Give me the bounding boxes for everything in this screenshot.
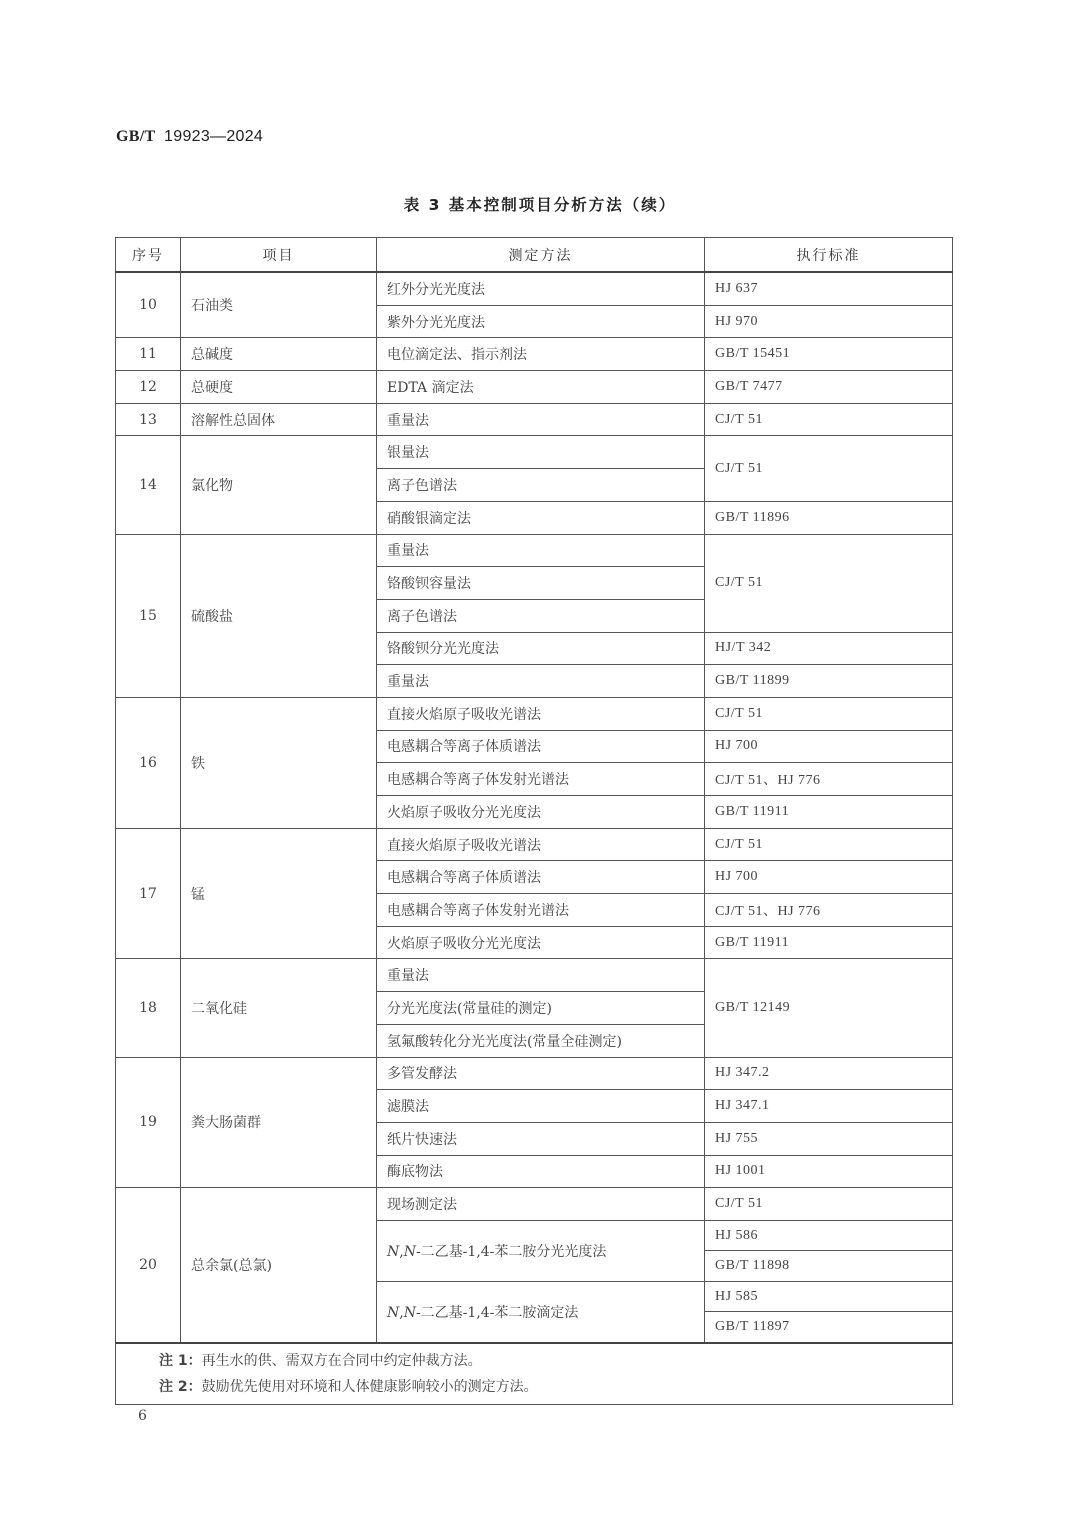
row-no: 19 <box>116 1057 181 1188</box>
row-standard: HJ 585 <box>705 1281 953 1312</box>
table-row: 10 石油类 红外分光光度法 HJ 637 <box>116 272 953 305</box>
row-method: 纸片快速法 <box>377 1122 705 1155</box>
table-row: 18 二氧化硅 重量法 GB/T 12149 <box>116 959 953 992</box>
row-standard: HJ 347.1 <box>705 1090 953 1123</box>
row-method: 离子色谱法 <box>377 599 705 632</box>
italic-n: N <box>387 1305 399 1321</box>
row-standard: GB/T 11899 <box>705 665 953 698</box>
header-no: 序号 <box>116 238 181 273</box>
standard-number: 19923—2024 <box>164 128 263 145</box>
row-standard: HJ 637 <box>705 272 953 305</box>
table-caption: 表 3 基本控制项目分析方法（续） <box>0 193 1080 215</box>
standard-id: GB/T 19923—2024 <box>116 128 263 146</box>
row-method: 红外分光光度法 <box>377 272 705 305</box>
row-item: 溶解性总固体 <box>181 403 377 436</box>
row-standard: GB/T 11897 <box>705 1312 953 1343</box>
table-notes: 注 1：再生水的供、需双方在合同中约定仲裁方法。 注 2：鼓励优先使用对环境和人… <box>116 1343 953 1405</box>
method-text: -二乙基-1,4-苯二胺分光光度法 <box>416 1244 606 1260</box>
analysis-methods-table: 序号 项目 测定方法 执行标准 10 石油类 红外分光光度法 HJ 637 紫外… <box>115 237 953 1405</box>
table-row: 11 总碱度 电位滴定法、指示剂法 GB/T 15451 <box>116 338 953 371</box>
italic-n: N <box>404 1305 416 1321</box>
row-no: 12 <box>116 371 181 404</box>
row-item: 铁 <box>181 697 377 828</box>
row-standard: CJ/T 51 <box>705 534 953 632</box>
row-method: 重量法 <box>377 403 705 436</box>
row-method: 电位滴定法、指示剂法 <box>377 338 705 371</box>
row-method: 电感耦合等离子体质谱法 <box>377 861 705 894</box>
table-header-row: 序号 项目 测定方法 执行标准 <box>116 238 953 273</box>
row-item: 粪大肠菌群 <box>181 1057 377 1188</box>
row-no: 16 <box>116 697 181 828</box>
row-no: 15 <box>116 534 181 697</box>
row-standard: HJ 347.2 <box>705 1057 953 1090</box>
table-row: 13 溶解性总固体 重量法 CJ/T 51 <box>116 403 953 436</box>
note-text: 再生水的供、需双方在合同中约定仲裁方法。 <box>202 1353 482 1369</box>
table-row: 19 粪大肠菌群 多管发酵法 HJ 347.2 <box>116 1057 953 1090</box>
row-standard: GB/T 15451 <box>705 338 953 371</box>
row-method: 离子色谱法 <box>377 469 705 502</box>
row-standard: GB/T 11898 <box>705 1251 953 1282</box>
note-2: 注 2：鼓励优先使用对环境和人体健康影响较小的测定方法。 <box>159 1374 952 1400</box>
row-item: 总碱度 <box>181 338 377 371</box>
row-method: 重量法 <box>377 959 705 992</box>
row-method: 火焰原子吸收分光光度法 <box>377 796 705 829</box>
row-item: 二氧化硅 <box>181 959 377 1057</box>
row-item: 硫酸盐 <box>181 534 377 697</box>
standard-prefix: GB/T <box>116 128 155 145</box>
row-method: 硝酸银滴定法 <box>377 501 705 534</box>
row-method: 滤膜法 <box>377 1090 705 1123</box>
table-row: 17 锰 直接火焰原子吸收光谱法 CJ/T 51 <box>116 828 953 861</box>
note-label: 注 2： <box>159 1379 202 1395</box>
row-item: 氯化物 <box>181 436 377 534</box>
row-method: 铬酸钡分光光度法 <box>377 632 705 665</box>
row-method: 银量法 <box>377 436 705 469</box>
table-row: 14 氯化物 银量法 CJ/T 51 <box>116 436 953 469</box>
row-method: 重量法 <box>377 665 705 698</box>
row-item: 总硬度 <box>181 371 377 404</box>
row-method: 电感耦合等离子体发射光谱法 <box>377 894 705 927</box>
italic-n: N <box>387 1244 399 1260</box>
table-row: 15 硫酸盐 重量法 CJ/T 51 <box>116 534 953 567</box>
row-item: 锰 <box>181 828 377 959</box>
row-method: N,N-二乙基-1,4-苯二胺分光光度法 <box>377 1220 705 1281</box>
row-no: 13 <box>116 403 181 436</box>
header-item: 项目 <box>181 238 377 273</box>
italic-n: N <box>404 1244 416 1260</box>
row-no: 11 <box>116 338 181 371</box>
note-1: 注 1：再生水的供、需双方在合同中约定仲裁方法。 <box>159 1348 952 1374</box>
row-standard: HJ 755 <box>705 1122 953 1155</box>
table-row: 16 铁 直接火焰原子吸收光谱法 CJ/T 51 <box>116 697 953 730</box>
row-standard: HJ 1001 <box>705 1155 953 1188</box>
row-standard: GB/T 11896 <box>705 501 953 534</box>
row-item: 总余氯(总氯) <box>181 1188 377 1343</box>
row-method: 铬酸钡容量法 <box>377 567 705 600</box>
row-standard: GB/T 11911 <box>705 796 953 829</box>
row-standard: HJ 700 <box>705 861 953 894</box>
header-method: 测定方法 <box>377 238 705 273</box>
row-item: 石油类 <box>181 272 377 338</box>
row-standard: HJ 970 <box>705 305 953 338</box>
row-standard: CJ/T 51 <box>705 828 953 861</box>
row-standard: HJ 586 <box>705 1220 953 1251</box>
row-standard: CJ/T 51、HJ 776 <box>705 763 953 796</box>
note-label: 注 1： <box>159 1353 202 1369</box>
row-method: 现场测定法 <box>377 1188 705 1221</box>
row-standard: HJ 700 <box>705 730 953 763</box>
row-method: 电感耦合等离子体质谱法 <box>377 730 705 763</box>
table-row: 20 总余氯(总氯) 现场测定法 CJ/T 51 <box>116 1188 953 1221</box>
row-standard: CJ/T 51 <box>705 1188 953 1221</box>
row-standard: CJ/T 51 <box>705 697 953 730</box>
notes-cell: 注 1：再生水的供、需双方在合同中约定仲裁方法。 注 2：鼓励优先使用对环境和人… <box>116 1343 953 1405</box>
method-text: -二乙基-1,4-苯二胺滴定法 <box>416 1305 578 1321</box>
row-method: 氢氟酸转化分光光度法(常量全硅测定) <box>377 1024 705 1057</box>
row-method: 酶底物法 <box>377 1155 705 1188</box>
header-standard: 执行标准 <box>705 238 953 273</box>
note-text: 鼓励优先使用对环境和人体健康影响较小的测定方法。 <box>202 1379 538 1395</box>
row-no: 14 <box>116 436 181 534</box>
row-method: 直接火焰原子吸收光谱法 <box>377 697 705 730</box>
row-method: 紫外分光光度法 <box>377 305 705 338</box>
row-standard: CJ/T 51、HJ 776 <box>705 894 953 927</box>
row-method: EDTA 滴定法 <box>377 371 705 404</box>
row-standard: GB/T 11911 <box>705 926 953 959</box>
row-no: 17 <box>116 828 181 959</box>
row-standard: HJ/T 342 <box>705 632 953 665</box>
row-standard: GB/T 7477 <box>705 371 953 404</box>
row-method: 火焰原子吸收分光光度法 <box>377 926 705 959</box>
row-method: 重量法 <box>377 534 705 567</box>
row-method: 电感耦合等离子体发射光谱法 <box>377 763 705 796</box>
row-method: 多管发酵法 <box>377 1057 705 1090</box>
page-number: 6 <box>138 1408 147 1424</box>
row-no: 18 <box>116 959 181 1057</box>
row-method: 直接火焰原子吸收光谱法 <box>377 828 705 861</box>
table-row: 12 总硬度 EDTA 滴定法 GB/T 7477 <box>116 371 953 404</box>
row-standard: CJ/T 51 <box>705 436 953 501</box>
row-standard: CJ/T 51 <box>705 403 953 436</box>
row-no: 20 <box>116 1188 181 1343</box>
row-method: N,N-二乙基-1,4-苯二胺滴定法 <box>377 1281 705 1343</box>
row-no: 10 <box>116 272 181 338</box>
row-standard: GB/T 12149 <box>705 959 953 1057</box>
row-method: 分光光度法(常量硅的测定) <box>377 992 705 1025</box>
